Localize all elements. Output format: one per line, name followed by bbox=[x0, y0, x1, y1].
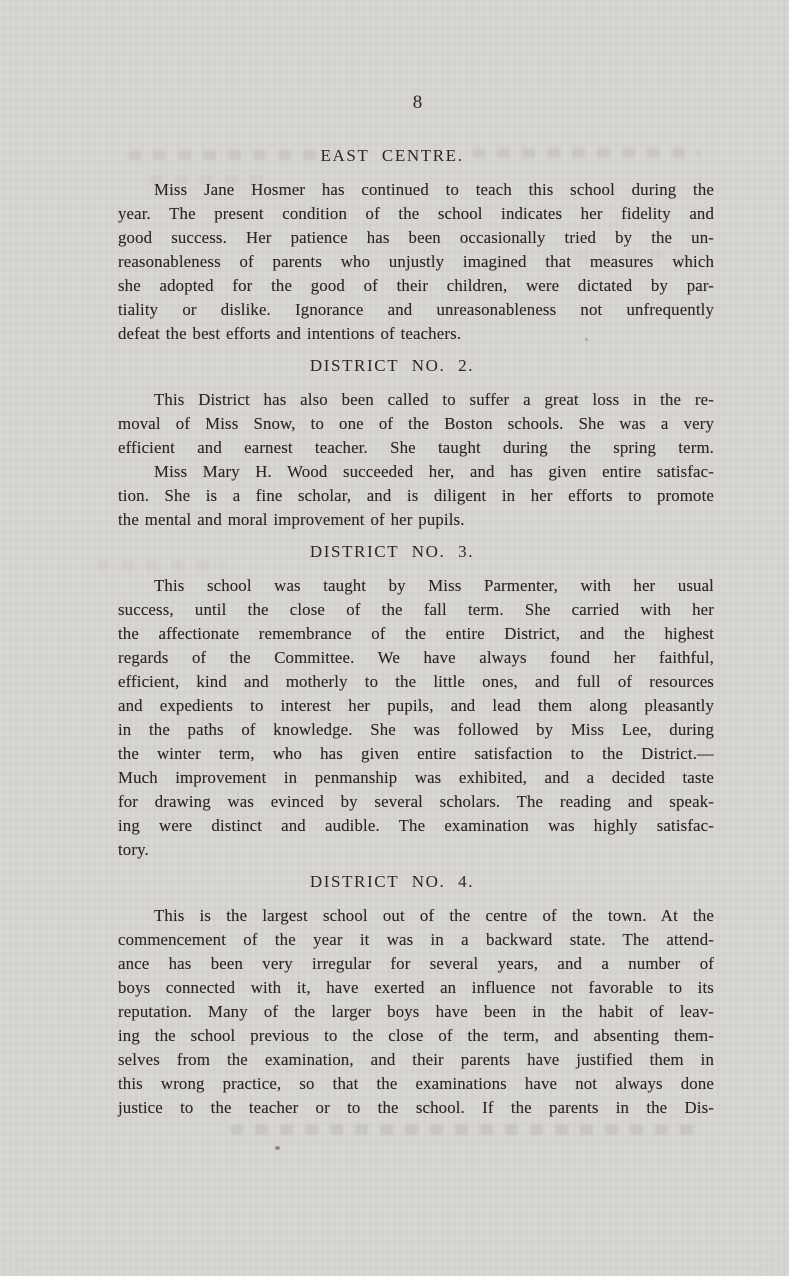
paragraph: Miss Jane Hosmer has continued to teach … bbox=[118, 178, 714, 346]
bleed-through-smudge bbox=[230, 1124, 702, 1135]
text-line: she adopted for the good of their childr… bbox=[118, 274, 714, 298]
text-line: tory. bbox=[118, 838, 714, 862]
text-line: reputation. Many of the larger boys have… bbox=[118, 1000, 714, 1024]
text-line: This school was taught by Miss Parmenter… bbox=[118, 574, 714, 598]
paragraph: Miss Mary H. Wood succeeded her, and has… bbox=[118, 460, 714, 532]
text-line: success, until the close of the fall ter… bbox=[118, 598, 714, 622]
text-line: defeat the best efforts and intentions o… bbox=[118, 322, 714, 346]
text-line: efficient and earnest teacher. She taugh… bbox=[118, 436, 714, 460]
text-line: Much improvement in penmanship was exhib… bbox=[118, 766, 714, 790]
text-line: and expedients to interest her pupils, a… bbox=[118, 694, 714, 718]
text-line: in the paths of knowledge. She was follo… bbox=[118, 718, 714, 742]
paragraph: This District has also been called to su… bbox=[118, 388, 714, 460]
text-line: moval of Miss Snow, to one of the Boston… bbox=[118, 412, 714, 436]
text-line: tion. She is a fine scholar, and is dili… bbox=[118, 484, 714, 508]
text-line: commencement of the year it was in a bac… bbox=[118, 928, 714, 952]
text-line: the affectionate remembrance of the enti… bbox=[118, 622, 714, 646]
page-content: EAST CENTRE.Miss Jane Hosmer has continu… bbox=[118, 142, 714, 1120]
text-line: ance has been very irregular for several… bbox=[118, 952, 714, 976]
text-line: for drawing was evinced by several schol… bbox=[118, 790, 714, 814]
text-line: the mental and moral improvement of her … bbox=[118, 508, 714, 532]
text-line: ing were distinct and audible. The exami… bbox=[118, 814, 714, 838]
section-heading: DISTRICT NO. 2. bbox=[94, 356, 690, 376]
text-line: this wrong practice, so that the examina… bbox=[118, 1072, 714, 1096]
text-line: Miss Jane Hosmer has continued to teach … bbox=[118, 178, 714, 202]
text-line: the winter term, who has given entire sa… bbox=[118, 742, 714, 766]
section-heading: DISTRICT NO. 3. bbox=[94, 542, 690, 562]
paragraph: This is the largest school out of the ce… bbox=[118, 904, 714, 1120]
text-line: This District has also been called to su… bbox=[118, 388, 714, 412]
text-line: good success. Her patience has been occa… bbox=[118, 226, 714, 250]
paragraph: This school was taught by Miss Parmenter… bbox=[118, 574, 714, 862]
text-line: selves from the examination, and their p… bbox=[118, 1048, 714, 1072]
ink-speck bbox=[275, 1146, 280, 1150]
text-line: boys connected with it, have exerted an … bbox=[118, 976, 714, 1000]
text-line: justice to the teacher or to the school.… bbox=[118, 1096, 714, 1120]
text-line: ing the school previous to the close of … bbox=[118, 1024, 714, 1048]
scanned-page: 8 EAST CENTRE.Miss Jane Hosmer has conti… bbox=[0, 0, 789, 1276]
text-line: year. The present condition of the schoo… bbox=[118, 202, 714, 226]
section-heading: DISTRICT NO. 4. bbox=[94, 872, 690, 892]
text-line: efficient, kind and motherly to the litt… bbox=[118, 670, 714, 694]
section-heading: EAST CENTRE. bbox=[94, 146, 690, 166]
page-number: 8 bbox=[0, 92, 789, 114]
text-line: Miss Mary H. Wood succeeded her, and has… bbox=[118, 460, 714, 484]
text-line: regards of the Committee. We have always… bbox=[118, 646, 714, 670]
text-line: This is the largest school out of the ce… bbox=[118, 904, 714, 928]
text-line: reasonableness of parents who unjustly i… bbox=[118, 250, 714, 274]
text-line: tiality or dislike. Ignorance and unreas… bbox=[118, 298, 714, 322]
